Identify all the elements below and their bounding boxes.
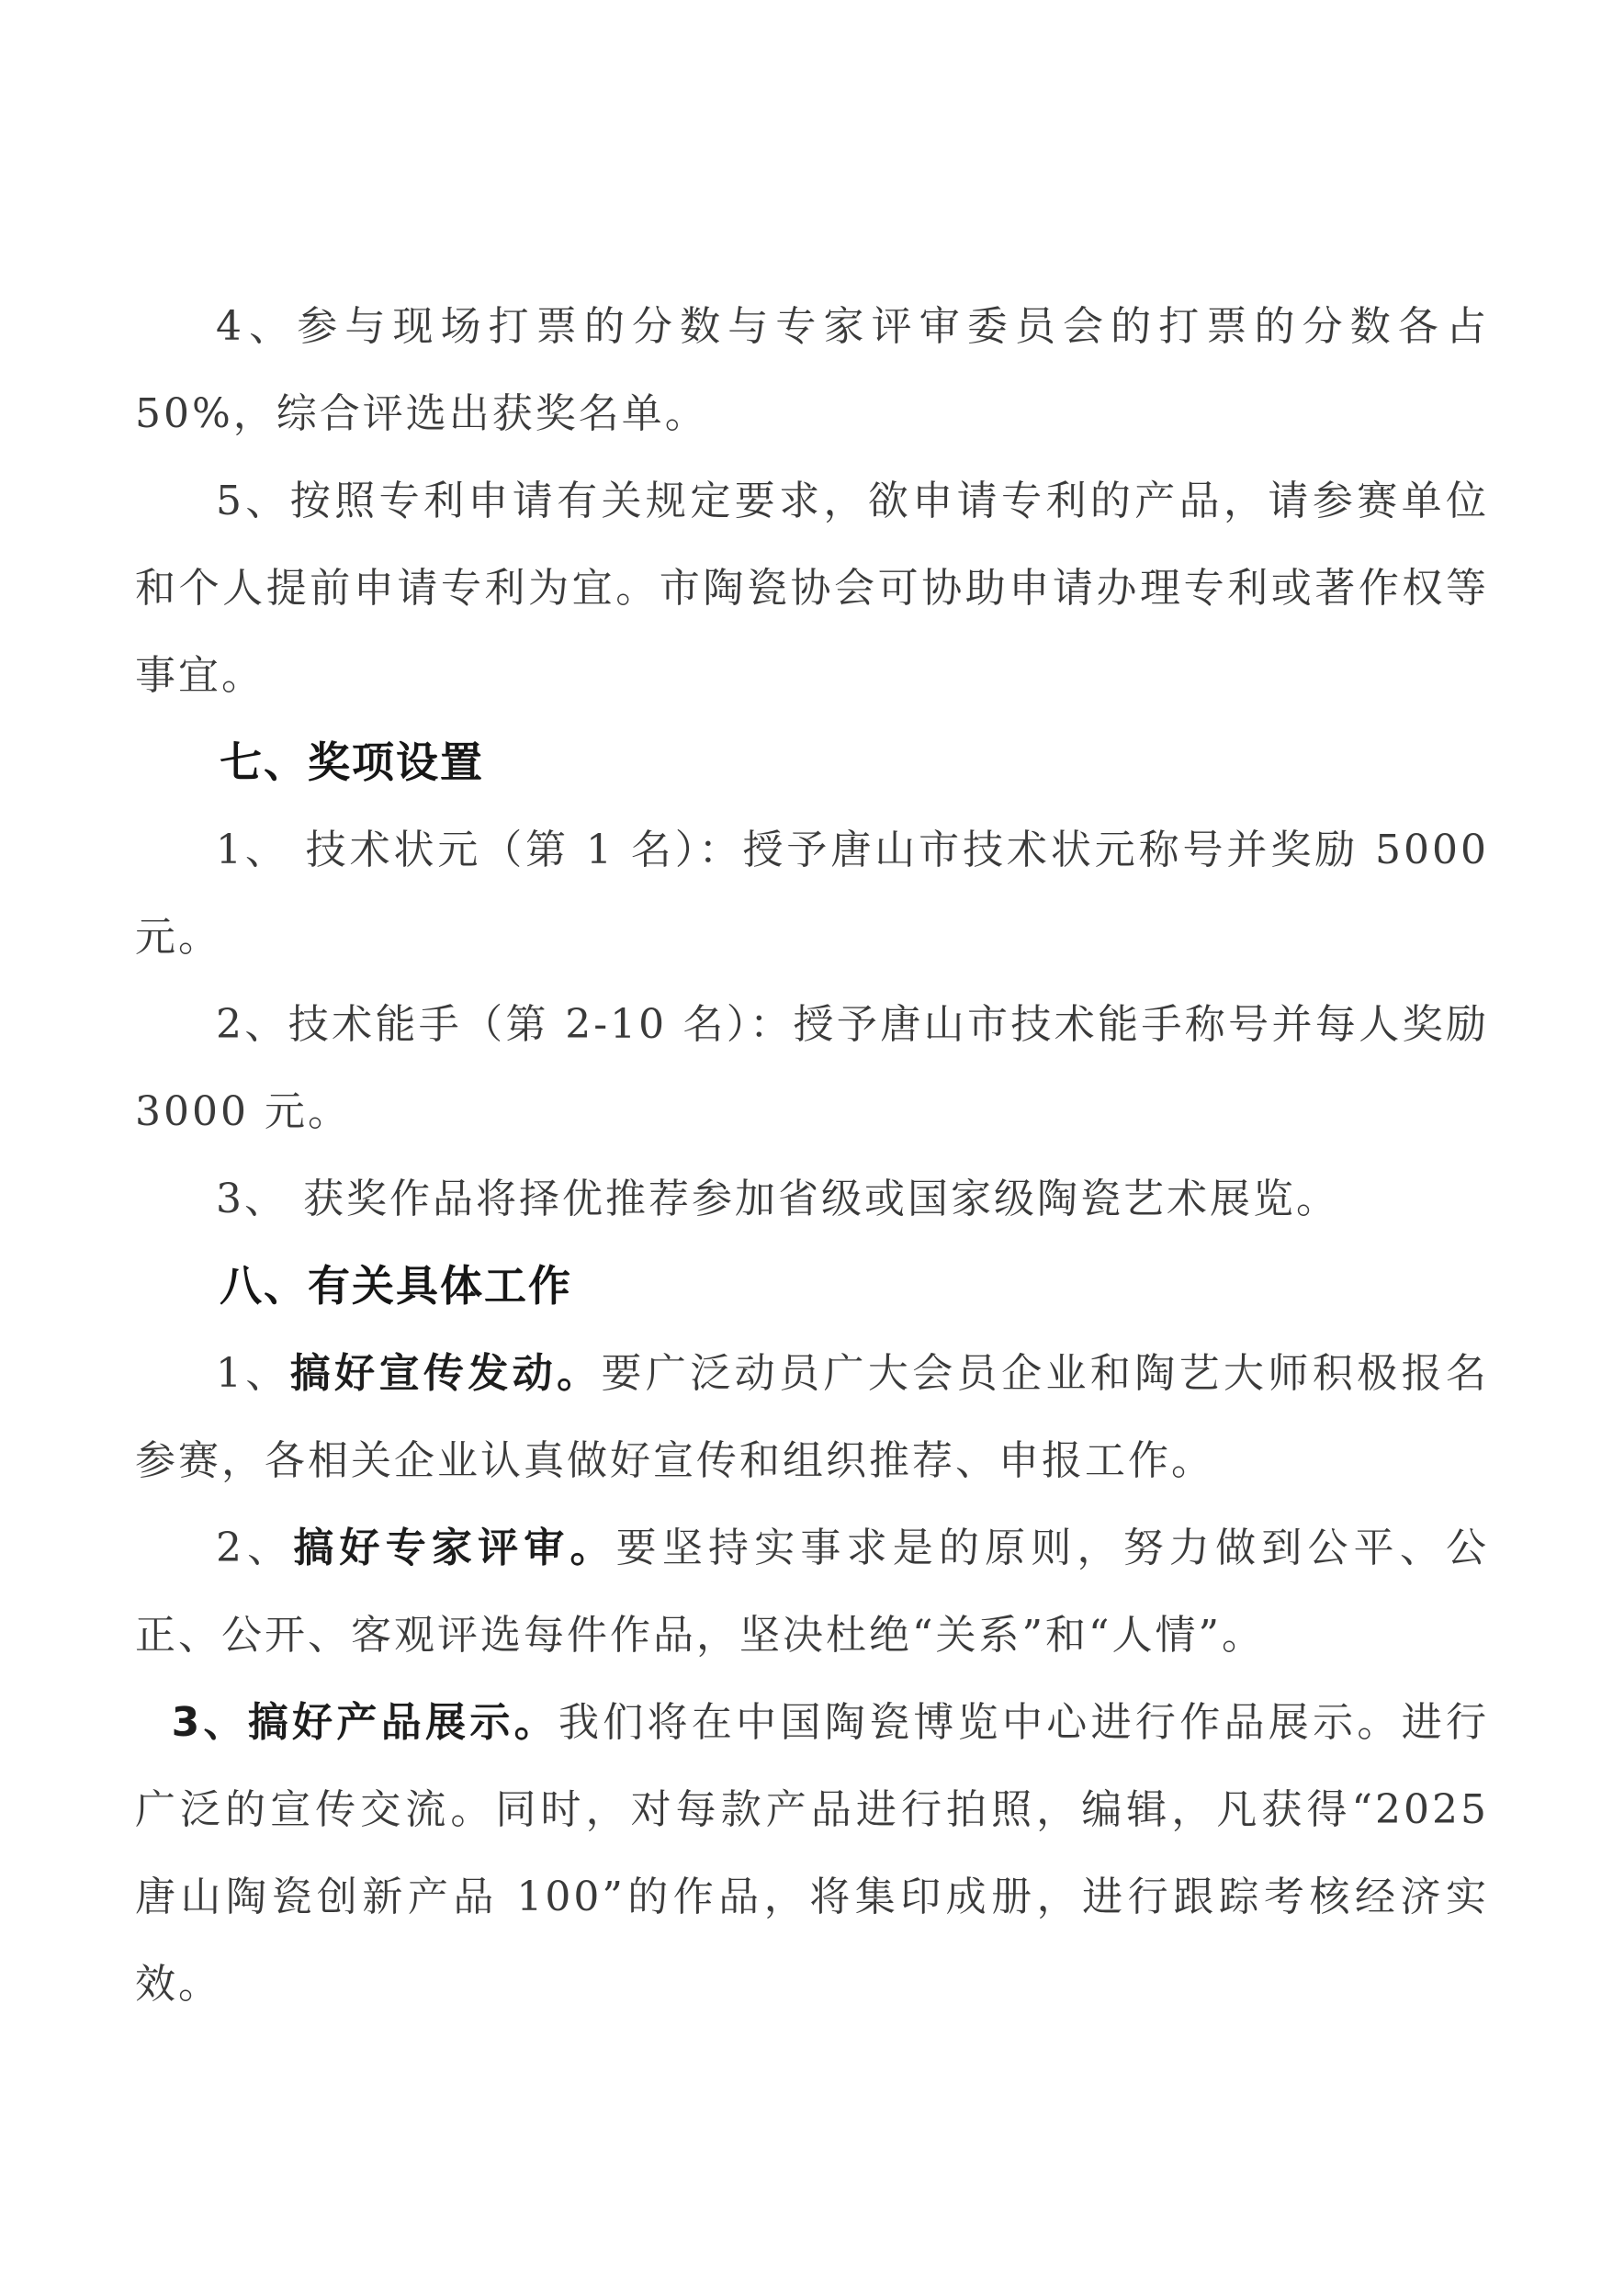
paragraph-text: 4、参与现场打票的分数与专家评审委员会的打票的分数各占 50%，综合评选出获奖名… [135, 303, 1489, 437]
section-heading-awards: 七、奖项设置 [135, 719, 1489, 806]
paragraph-work-2: 2、搞好专家评审。要坚持实事求是的原则，努力做到公平、公正、公开、客观评选每件作… [135, 1504, 1489, 1679]
paragraph-award-1: 1、 技术状元（第 1 名）：授予唐山市技术状元称号并奖励 5000 元。 [135, 806, 1489, 981]
paragraph-text: 5、按照专利申请有关规定要求，欲申请专利的产品，请参赛单位和个人提前申请专利为宜… [135, 478, 1489, 699]
paragraph-award-2: 2、技术能手（第 2-10 名）：授予唐山市技术能手称号并每人奖励 3000 元… [135, 981, 1489, 1155]
paragraph-text: 3、 获奖作品将择优推荐参加省级或国家级陶瓷艺术展览。 [216, 1176, 1339, 1222]
list-number: 3、 [172, 1699, 248, 1746]
paragraph-text: 1、 技术状元（第 1 名）：授予唐山市技术状元称号并奖励 5000 元。 [135, 827, 1489, 961]
paragraph-work-1: 1、搞好宣传发动。要广泛动员广大会员企业和陶艺大师积极报名参赛，各相关企业认真做… [135, 1330, 1489, 1504]
section-heading-work: 八、有关具体工作 [135, 1243, 1489, 1330]
paragraph-lead-bold: 搞好宣传发动。 [290, 1350, 602, 1397]
paragraph-lead-bold: 搞好专家评审。 [293, 1525, 615, 1571]
list-number: 2、 [216, 1525, 293, 1571]
heading-text: 七、奖项设置 [220, 737, 484, 787]
list-number: 1、 [216, 1350, 290, 1397]
document-page: 4、参与现场打票的分数与专家评审委员会的打票的分数各占 50%，综合评选出获奖名… [0, 0, 1624, 2296]
heading-text: 八、有关具体工作 [220, 1261, 572, 1311]
document-text-block: 4、参与现场打票的分数与专家评审委员会的打票的分数各占 50%，综合评选出获奖名… [135, 283, 1489, 2028]
paragraph-lead-bold: 搞好产品展示。 [248, 1699, 558, 1746]
paragraph-award-3: 3、 获奖作品将择优推荐参加省级或国家级陶瓷艺术展览。 [135, 1155, 1489, 1243]
paragraph-item-5: 5、按照专利申请有关规定要求，欲申请专利的产品，请参赛单位和个人提前申请专利为宜… [135, 457, 1489, 719]
paragraph-work-3: 3、搞好产品展示。我们将在中国陶瓷博览中心进行作品展示。进行广泛的宣传交流。同时… [135, 1679, 1489, 2028]
paragraph-item-4: 4、参与现场打票的分数与专家评审委员会的打票的分数各占 50%，综合评选出获奖名… [135, 283, 1489, 457]
paragraph-text: 2、技术能手（第 2-10 名）：授予唐山市技术能手称号并每人奖励 3000 元… [135, 1001, 1489, 1135]
